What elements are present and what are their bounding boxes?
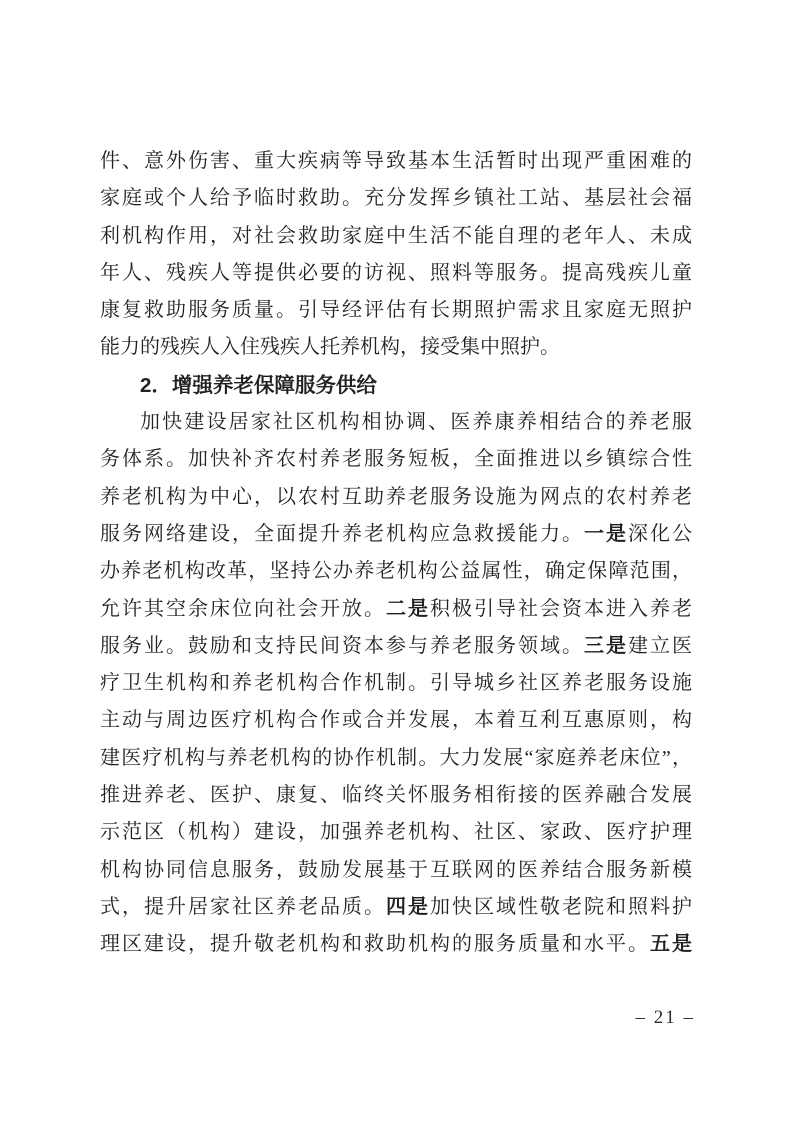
text-run: 机构协同信息服务，鼓励发展基于互联网的医养结合服务新模 [100,859,692,881]
text-run: 服务业。鼓励和支持民间资本参与养老服务领域。 [100,635,584,657]
text-run: 允许其空余床位向社会开放。 [100,598,386,620]
text-run: 式，提升居家社区养老品质。 [100,896,386,918]
bold-text-run: 四是 [386,896,430,918]
text-run: 能力的残疾人入住残疾人托养机构，接受集中照护。 [100,336,560,358]
text-run: 推进养老、医护、康复、临终关怀服务相衔接的医养融合发展 [100,784,692,806]
text-run: 理区建设，提升敬老机构和救助机构的服务质量和水平。 [100,933,650,955]
text-line: 建医疗机构与养老机构的协作机制。大力发展“家庭养老床位”， [100,740,692,777]
text-run: 加快区域性敬老院和照料护 [430,896,692,918]
bold-text-run: 2．增强养老保障服务供给 [140,374,377,397]
text-run: 建医疗机构与养老机构的协作机制。大力发展“家庭养老床位”， [100,747,692,769]
text-line: 式，提升居家社区养老品质。四是加快区域性敬老院和照料护 [100,889,692,926]
document-page: 件、意外伤害、重大疾病等导致基本生活暂时出现严重困难的家庭或个人给予临时救助。充… [0,0,793,1122]
text-line: 机构协同信息服务，鼓励发展基于互联网的医养结合服务新模 [100,852,692,889]
text-line: 推进养老、医护、康复、临终关怀服务相衔接的医养融合发展 [100,777,692,814]
text-line: 主动与周边医疗机构合作或合并发展，本着互利互惠原则，构 [100,702,692,739]
text-line: 康复救助服务质量。引导经评估有长期照护需求且家庭无照护 [100,292,692,329]
bold-text-run: 三是 [584,635,628,657]
text-run: 疗卫生机构和养老机构合作机制。引导城乡社区养老服务设施 [100,672,692,694]
text-line: 疗卫生机构和养老机构合作机制。引导城乡社区养老服务设施 [100,665,692,702]
text-line: 件、意外伤害、重大疾病等导致基本生活暂时出现严重困难的 [100,143,692,180]
text-run: 服务网络建设，全面提升养老机构应急救援能力。 [100,523,584,545]
page-number: – 21 – [636,1004,696,1032]
text-line: 利机构作用，对社会救助家庭中生活不能自理的老年人、未成 [100,218,692,255]
text-run: 加快建设居家社区机构相协调、医养康养相结合的养老服 [140,411,692,433]
text-line: 能力的残疾人入住残疾人托养机构，接受集中照护。 [100,329,692,366]
text-run: 积极引导社会资本进入养老 [430,598,692,620]
bold-text-run: 五是 [650,933,692,955]
text-run: 件、意外伤害、重大疾病等导致基本生活暂时出现严重困难的 [100,150,692,172]
text-run: 深化公 [628,523,692,545]
text-line: 示范区（机构）建设，加强养老机构、社区、家政、医疗护理 [100,814,692,851]
text-line: 加快建设居家社区机构相协调、医养康养相结合的养老服 [100,404,692,441]
text-line: 办养老机构改革，坚持公办养老机构公益属性，确定保障范围， [100,553,692,590]
bold-text-run: 一是 [584,523,628,545]
text-run: 利机构作用，对社会救助家庭中生活不能自理的老年人、未成 [100,225,692,247]
text-run: 家庭或个人给予临时救助。充分发挥乡镇社工站、基层社会福 [100,187,692,209]
bold-text-run: 二是 [386,598,430,620]
document-body: 件、意外伤害、重大疾病等导致基本生活暂时出现严重困难的家庭或个人给予临时救助。充… [100,143,692,964]
text-line: 家庭或个人给予临时救助。充分发挥乡镇社工站、基层社会福 [100,180,692,217]
text-line: 务体系。加快补齐农村养老服务短板，全面推进以乡镇综合性 [100,441,692,478]
text-run: 建立医 [628,635,692,657]
text-line: 养老机构为中心，以农村互助养老服务设施为网点的农村养老 [100,479,692,516]
section-heading: 2．增强养老保障服务供给 [100,367,692,404]
text-line: 服务业。鼓励和支持民间资本参与养老服务领域。三是建立医 [100,628,692,665]
text-run: 示范区（机构）建设，加强养老机构、社区、家政、医疗护理 [100,821,692,843]
text-run: 务体系。加快补齐农村养老服务短板，全面推进以乡镇综合性 [100,448,692,470]
text-line: 允许其空余床位向社会开放。二是积极引导社会资本进入养老 [100,591,692,628]
text-run: 办养老机构改革，坚持公办养老机构公益属性，确定保障范围， [100,560,692,582]
text-run: 主动与周边医疗机构合作或合并发展，本着互利互惠原则，构 [100,709,692,731]
text-run: 康复救助服务质量。引导经评估有长期照护需求且家庭无照护 [100,299,692,321]
text-run: 年人、残疾人等提供必要的访视、照料等服务。提高残疾儿童 [100,262,692,284]
text-line: 年人、残疾人等提供必要的访视、照料等服务。提高残疾儿童 [100,255,692,292]
text-line: 理区建设，提升敬老机构和救助机构的服务质量和水平。五是 [100,926,692,963]
text-line: 服务网络建设，全面提升养老机构应急救援能力。一是深化公 [100,516,692,553]
text-run: 养老机构为中心，以农村互助养老服务设施为网点的农村养老 [100,486,692,508]
